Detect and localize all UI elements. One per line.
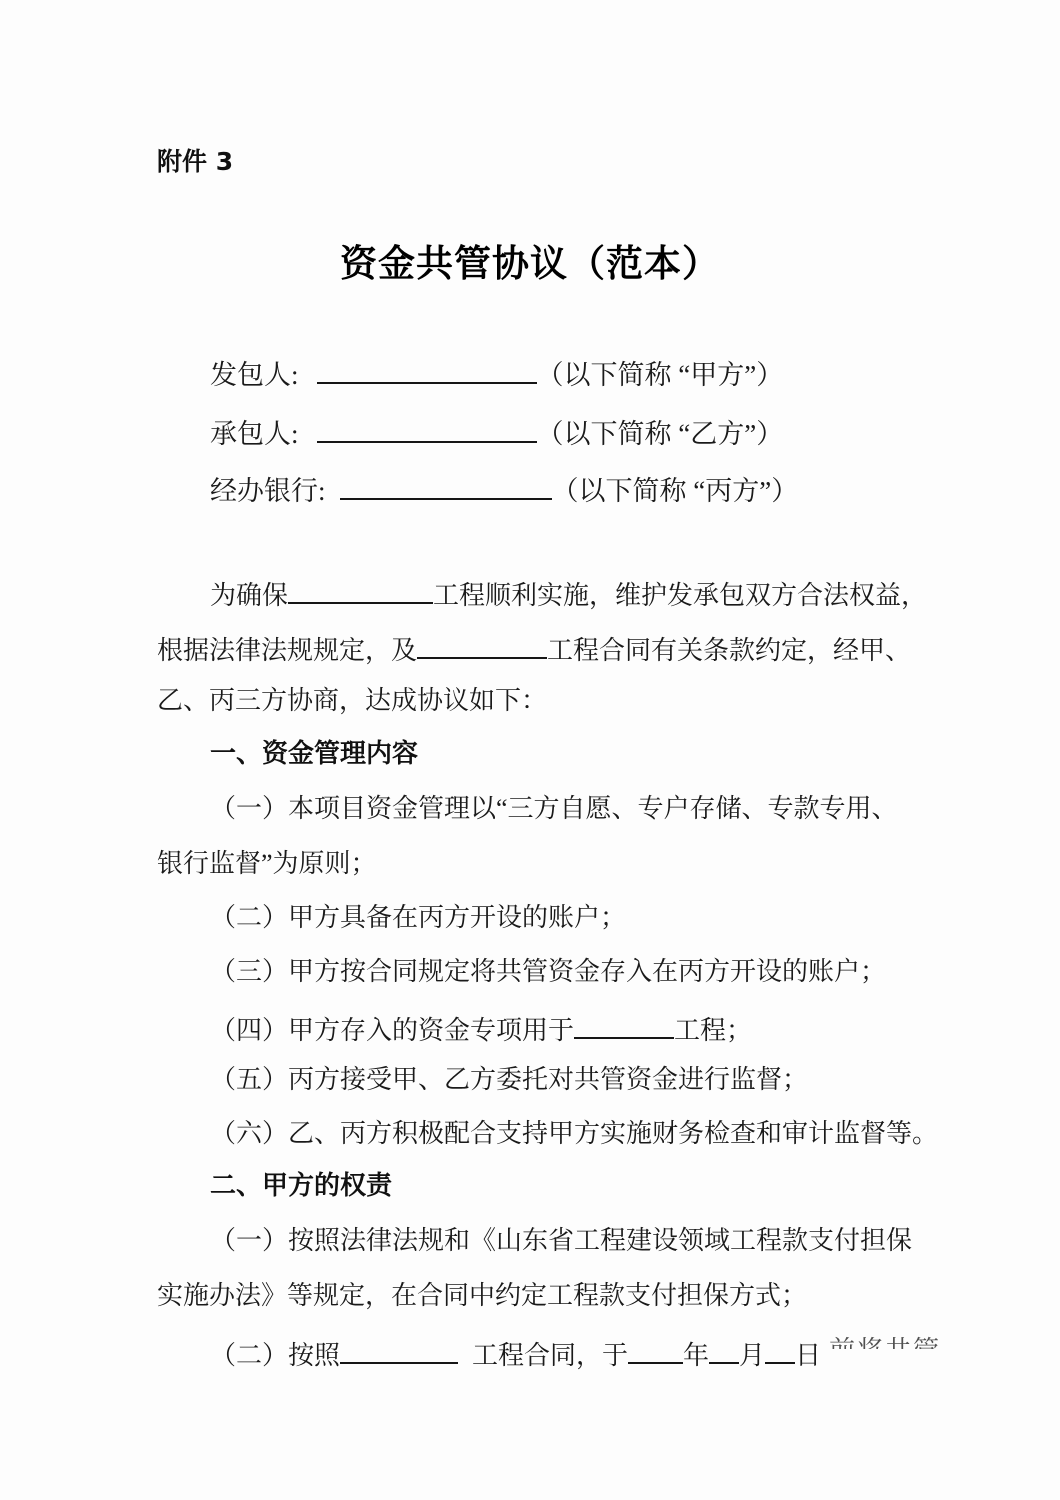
s2-item2-clipped-line: （二）按照工程合同，于年月日前将共管 — [210, 1336, 941, 1368]
preamble-text: 根据法律法规规定，及 — [157, 636, 417, 665]
preamble-text: 工程顺利实施，维护发承包双方合法权益， — [433, 581, 927, 610]
s1-item1-line2: 银行监督”为原则； — [157, 849, 377, 881]
party-contractor-label: 承包人: — [210, 419, 299, 449]
fill-in-blank-employer — [317, 356, 537, 384]
document-title: 资金共管协议（范本） — [0, 241, 1060, 289]
s1-item4-text: （四）甲方存入的资金专项用于 — [210, 1016, 574, 1045]
fill-in-blank-contract-name — [417, 631, 547, 659]
section-one-heading: 一、资金管理内容 — [210, 739, 418, 771]
party-employer-alias: （以下简称 “甲方”） — [537, 360, 784, 390]
s2-item2-text: （二）按照 — [210, 1341, 340, 1370]
fill-in-blank-bank — [340, 472, 552, 500]
s2-item2-text: 月 — [739, 1341, 765, 1370]
fill-in-blank-month — [709, 1336, 739, 1364]
party-row-contractor: 承包人:（以下简称 “乙方”） — [210, 415, 783, 447]
party-contractor-alias: （以下简称 “乙方”） — [537, 419, 784, 449]
preamble-line-3: 乙、丙三方协商，达成协议如下： — [157, 686, 547, 718]
preamble-line-2: 根据法律法规规定，及工程合同有关条款约定，经甲、 — [157, 631, 911, 663]
party-row-bank: 经办银行:（以下简称 “丙方”） — [210, 472, 798, 504]
s1-item4: （四）甲方存入的资金专项用于工程； — [210, 1011, 752, 1043]
s2-item2-text: 工程合同，于 — [472, 1341, 628, 1370]
s1-item3: （三）甲方按合同规定将共管资金存入在丙方开设的账户； — [210, 957, 886, 989]
scan-clipped-text-fragment: 前将共管 — [829, 1336, 941, 1349]
s2-item1-line1: （一）按照法律法规和《山东省工程建设领域工程款支付担保 — [210, 1226, 912, 1258]
preamble-text: 为确保 — [210, 581, 288, 610]
s1-item6: （六）乙、丙方积极配合支持甲方实施财务检查和审计监督等。 — [210, 1119, 938, 1151]
fill-in-blank-day — [765, 1336, 795, 1364]
section-two-heading: 二、甲方的权责 — [210, 1171, 392, 1203]
party-bank-label: 经办银行: — [210, 476, 326, 506]
s2-item2-text: 年 — [683, 1341, 709, 1370]
preamble-line-1: 为确保工程顺利实施，维护发承包双方合法权益， — [210, 576, 927, 608]
s1-item2: （二）甲方具备在丙方开设的账户； — [210, 903, 626, 935]
s1-item1-line1: （一）本项目资金管理以“三方自愿、专户存储、专款专用、 — [210, 794, 898, 826]
fill-in-blank-contract — [340, 1336, 458, 1364]
fill-in-blank-year — [628, 1336, 683, 1364]
fill-in-blank-contractor — [317, 415, 537, 443]
s1-item5: （五）丙方接受甲、乙方委托对共管资金进行监督； — [210, 1065, 808, 1097]
attachment-label: 附件 3 — [157, 147, 233, 179]
s1-item4-text: 工程； — [674, 1016, 752, 1045]
scanned-document-page: 附件 3 资金共管协议（范本） 发包人:（以下简称 “甲方”） 承包人:（以下简… — [0, 0, 1060, 1500]
fill-in-blank-fund-project — [574, 1011, 674, 1039]
party-row-employer: 发包人:（以下简称 “甲方”） — [210, 356, 783, 388]
party-employer-label: 发包人: — [210, 360, 299, 390]
preamble-text: 工程合同有关条款约定，经甲、 — [547, 636, 911, 665]
s2-item1-line2: 实施办法》等规定，在合同中约定工程款支付担保方式； — [157, 1281, 807, 1313]
party-bank-alias: （以下简称 “丙方”） — [552, 476, 799, 506]
s2-item2-text: 日 — [795, 1341, 821, 1370]
fill-in-blank-project-name — [288, 576, 433, 604]
